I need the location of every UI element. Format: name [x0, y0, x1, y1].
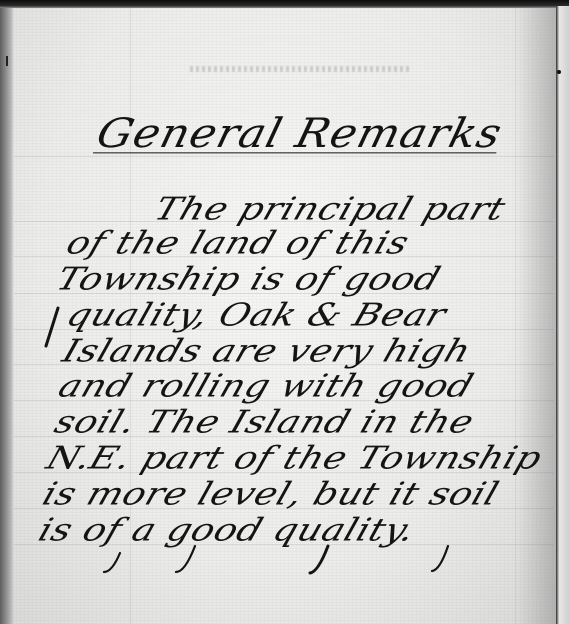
text-line-1: The principal part [150, 190, 510, 227]
text-line-10: is of a good quality. [34, 511, 420, 548]
paper-sheet: General Remarks The principal part of th… [0, 6, 556, 624]
page-shadow [516, 6, 556, 624]
scanned-page: General Remarks The principal part of th… [0, 0, 569, 624]
text-line-5: Islands are very high [58, 332, 476, 369]
text-line-3: Township is of good [52, 260, 445, 297]
text-line-8: N.E. part of the Township [42, 439, 547, 476]
text-line-9: is more level, but it soil [38, 475, 504, 512]
binding-mark [6, 56, 8, 66]
adjacent-page-edge [556, 6, 569, 624]
heading-general-remarks: General Remarks [92, 110, 507, 157]
text-line-2: of the land of this [62, 224, 414, 261]
text-line-4: quality, Oak & Bear [62, 296, 451, 333]
scan-top-edge [0, 0, 569, 8]
text-line-6: and rolling with good [54, 367, 478, 404]
faint-printed-header [190, 66, 410, 72]
margin-rule [515, 6, 516, 624]
text-line-7: soil. The Island in the [50, 403, 479, 440]
page-edge-mark [557, 70, 561, 74]
left-binding-edge [0, 6, 14, 624]
